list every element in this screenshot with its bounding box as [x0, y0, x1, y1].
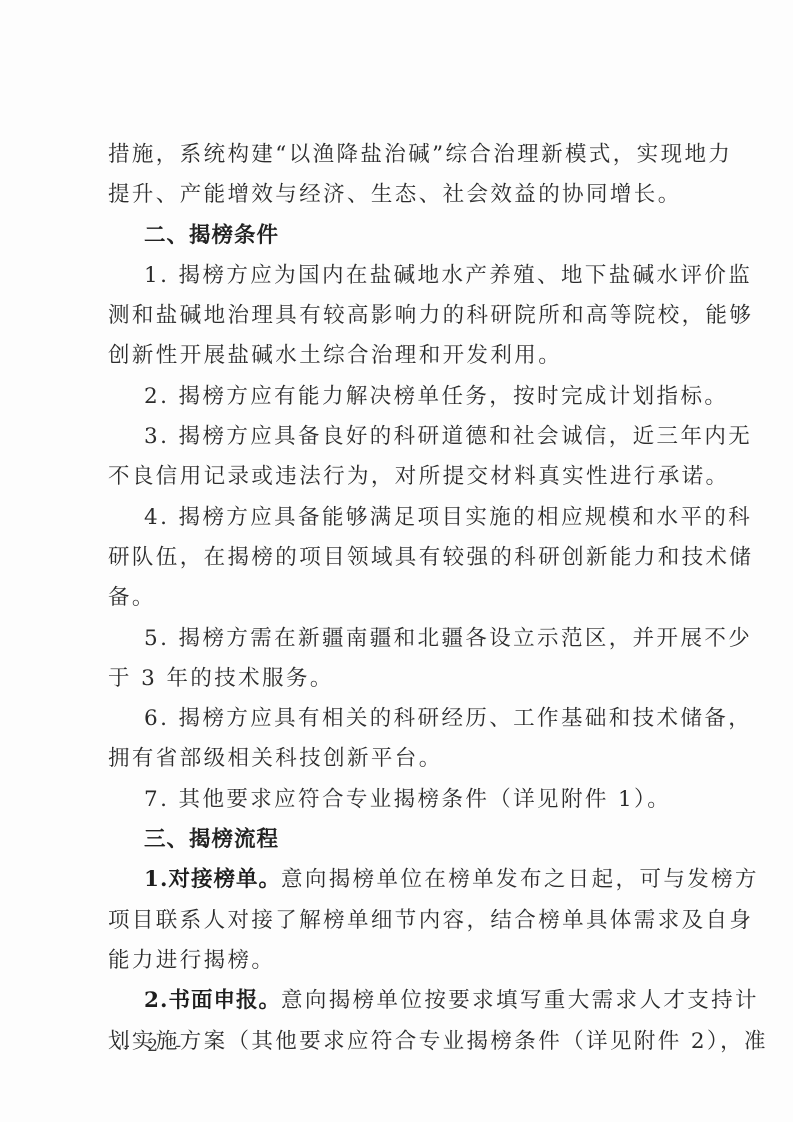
page-number: - 2 - — [124, 1036, 187, 1056]
section-heading-process: 三、揭榜流程 — [108, 820, 698, 860]
condition-item-2-line: 2. 揭榜方应有能力解决榜单任务，按时完成计划指标。 — [108, 377, 698, 417]
process-step-1-title: 1.对接榜单。 — [144, 867, 281, 892]
condition-item-3-line: 3. 揭榜方应具备良好的科研道德和社会诚信，近三年内无 — [108, 417, 698, 457]
condition-item-1-line: 1. 揭榜方应为国内在盐碱地水产养殖、地下盐碱水评价监 — [108, 256, 698, 296]
condition-item-4-line: 备。 — [108, 578, 698, 618]
condition-item-1-line: 测和盐碱地治理具有较高影响力的科研院所和高等院校，能够 — [108, 296, 698, 336]
process-step-1-line: 1.对接榜单。意向揭榜单位在榜单发布之日起，可与发榜方 — [108, 860, 698, 900]
section-heading-conditions: 二、揭榜条件 — [108, 216, 698, 256]
process-step-1-text: 意向揭榜单位在榜单发布之日起，可与发榜方 — [281, 867, 759, 892]
process-step-1-line: 能力进行揭榜。 — [108, 941, 698, 981]
process-step-2-title: 2.书面申报。 — [144, 988, 281, 1013]
document-body: 措施，系统构建“以渔降盐治碱”综合治理新模式，实现地力 提升、产能增效与经济、生… — [108, 135, 698, 1062]
process-step-1-line: 项目联系人对接了解榜单细节内容，结合榜单具体需求及自身 — [108, 901, 698, 941]
process-step-2-text: 意向揭榜单位按要求填写重大需求人才支持计 — [281, 988, 759, 1013]
condition-item-6-line: 拥有省部级相关科技创新平台。 — [108, 739, 698, 779]
condition-item-6-line: 6. 揭榜方应具有相关的科研经历、工作基础和技术储备， — [108, 699, 698, 739]
condition-item-7-line: 7. 其他要求应符合专业揭榜条件（详见附件 1）。 — [108, 780, 698, 820]
process-step-2-line: 划实施方案（其他要求应符合专业揭榜条件（详见附件 2），准 — [108, 1022, 698, 1062]
condition-item-1-line: 创新性开展盐碱水土综合治理和开发利用。 — [108, 336, 698, 376]
condition-item-4-line: 研队伍，在揭榜的项目领域具有较强的科研创新能力和技术储 — [108, 538, 698, 578]
process-step-2-line: 2.书面申报。意向揭榜单位按要求填写重大需求人才支持计 — [108, 981, 698, 1021]
text-line: 提升、产能增效与经济、生态、社会效益的协同增长。 — [108, 175, 698, 215]
condition-item-5-line: 于 3 年的技术服务。 — [108, 659, 698, 699]
condition-item-5-line: 5. 揭榜方需在新疆南疆和北疆各设立示范区，并开展不少 — [108, 619, 698, 659]
condition-item-4-line: 4. 揭榜方应具备能够满足项目实施的相应规模和水平的科 — [108, 498, 698, 538]
condition-item-3-line: 不良信用记录或违法行为，对所提交材料真实性进行承诺。 — [108, 457, 698, 497]
document-page: 措施，系统构建“以渔降盐治碱”综合治理新模式，实现地力 提升、产能增效与经济、生… — [0, 0, 793, 1122]
text-line: 措施，系统构建“以渔降盐治碱”综合治理新模式，实现地力 — [108, 135, 698, 175]
